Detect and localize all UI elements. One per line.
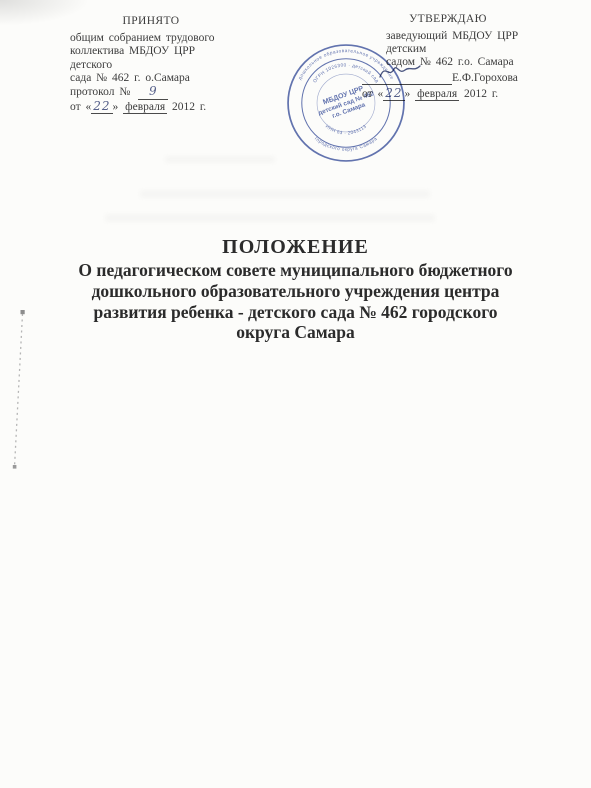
accepted-line: общим собранием трудового — [70, 32, 232, 45]
approved-line: заведующий МБДОУ ЦРР детским — [386, 30, 534, 56]
subtitle-line: округа Самара — [30, 322, 561, 343]
bleed-through-ghost — [105, 214, 435, 222]
date-month: февраля — [123, 101, 167, 114]
subtitle-line: дошкольного образовательного учреждения … — [30, 281, 561, 302]
protocol-number-blank: 9 — [138, 85, 168, 100]
protocol-label: протокол № — [70, 86, 130, 98]
accepted-line: коллектива МБДОУ ЦРР детского — [70, 45, 232, 71]
date-year: 2012 г. — [172, 101, 206, 113]
document-subtitle: О педагогическом совете муниципального б… — [30, 260, 561, 343]
subtitle-line: развития ребенка - детского сада № 462 г… — [30, 302, 561, 323]
scanned-document-page: ПРИНЯТО общим собранием трудового коллек… — [0, 0, 591, 788]
date-month: февраля — [415, 88, 459, 101]
official-seal-stamp: дошкольное образовательное учреждение го… — [284, 41, 408, 165]
bleed-through-ghost — [140, 190, 430, 198]
signature-name: Е.Ф.Горохова — [452, 72, 518, 84]
scan-artifact-line — [10, 306, 34, 478]
date-prefix: от « — [70, 101, 91, 113]
accepted-date-line: от «22» февраля 2012 г. — [70, 100, 232, 114]
handwritten-protocol-number: 9 — [149, 84, 158, 98]
subtitle-line: О педагогическом совете муниципального б… — [30, 260, 561, 281]
stamp-ring-text: городского округа Самара — [314, 136, 378, 152]
accepted-title: ПРИНЯТО — [70, 15, 232, 28]
stamp-ring-text: ИНН 63 · 2043113 — [325, 124, 368, 136]
handwritten-day: 22 — [91, 99, 112, 114]
protocol-line: протокол №9 — [70, 85, 232, 100]
document-title: ПОЛОЖЕНИЕ — [0, 236, 591, 259]
accepted-block: ПРИНЯТО общим собранием трудового коллек… — [70, 15, 232, 114]
bleed-through-ghost — [165, 156, 275, 163]
date-year: 2012 г. — [464, 88, 498, 100]
approved-title: УТВЕРЖДАЮ — [362, 13, 534, 26]
date-quote-close: » — [113, 101, 119, 113]
